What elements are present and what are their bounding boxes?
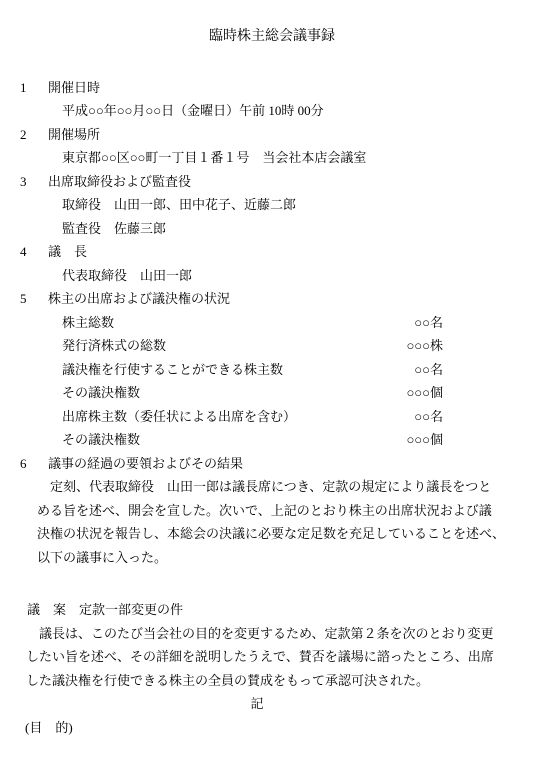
section-number: 2	[20, 123, 48, 147]
stat-row: 発行済株式の総数○○○株	[62, 334, 443, 358]
stat-value: ○○○個	[406, 428, 443, 452]
stat-label: その議決権数	[62, 428, 140, 452]
stat-row: 株主総数○○名	[62, 311, 443, 335]
stat-value: ○○名	[414, 311, 443, 335]
stat-label: 発行済株式の総数	[62, 334, 166, 358]
stat-value: ○○名	[414, 405, 443, 429]
agenda-paragraph-line: した議決権を行使できる株主の全員の賛成をもって承認可決された。	[26, 669, 544, 693]
stat-label: 出席株主数（委任状による出席を含む）	[62, 405, 296, 429]
record-mark: 記	[0, 692, 544, 716]
section-number: 1	[20, 76, 48, 100]
document-title: 臨時株主総会議事録	[0, 25, 544, 49]
stat-row: その議決権数○○○個	[62, 381, 443, 405]
proceedings-paragraph-line: 以下の議事に入った。	[37, 546, 544, 570]
section-3-detail-line: 監査役 佐藤三郎	[0, 217, 544, 241]
section-heading: 議 長	[48, 244, 87, 259]
section-heading: 株主の出席および議決権の状況	[48, 291, 230, 306]
section-2-heading-row: 2開催場所	[0, 123, 544, 147]
section-heading: 開催日時	[48, 80, 100, 95]
purpose-label: (目 的)	[25, 716, 544, 740]
stat-label: 株主総数	[62, 311, 114, 335]
stat-row: その議決権数○○○個	[62, 428, 443, 452]
section-3-heading-row: 3出席取締役および監査役	[0, 170, 544, 194]
section-heading: 開催場所	[48, 127, 100, 142]
stat-row: 出席株主数（委任状による出席を含む）○○名	[62, 405, 443, 429]
section-number: 5	[20, 287, 48, 311]
agenda-paragraph-line: したい旨を述べ、その詳細を説明したうえで、賛否を議場に諮ったところ、出席	[26, 645, 544, 669]
section-5-heading-row: 5株主の出席および議決権の状況	[0, 287, 544, 311]
proceedings-paragraph-line: 定刻、代表取締役 山田一郎は議長席につき、定款の規定により議長をつと	[37, 475, 544, 499]
stat-value: ○○○株	[406, 334, 443, 358]
section-3-detail-line: 取締役 山田一郎、田中花子、近藤二郎	[0, 193, 544, 217]
section-number: 4	[20, 240, 48, 264]
section-number: 3	[20, 170, 48, 194]
section-4-detail-line: 代表取締役 山田一郎	[0, 264, 544, 288]
proceedings-paragraph-line: 決権の状況を報告し、本総会の決議に必要な定足数を充足していることを述べ、	[37, 522, 544, 546]
stat-row: 議決権を行使することができる株主数○○名	[62, 358, 443, 382]
stat-value: ○○○個	[406, 381, 443, 405]
section-1-detail-line: 平成○○年○○月○○日（金曜日）午前 10時 00分	[0, 99, 544, 123]
section-heading: 議事の経過の要領およびその結果	[48, 456, 243, 471]
section-4-heading-row: 4議 長	[0, 240, 544, 264]
section-6-heading-row: 6議事の経過の要領およびその結果	[0, 452, 544, 476]
section-number: 6	[20, 452, 48, 476]
section-heading: 出席取締役および監査役	[48, 174, 191, 189]
agenda-heading: 議 案 定款一部変更の件	[27, 598, 544, 622]
proceedings-paragraph-line: める旨を述べ、開会を宣した。次いで、上記のとおり株主の出席状況および議	[37, 499, 544, 523]
stat-value: ○○名	[414, 358, 443, 382]
document-page: 臨時株主総会議事録 1開催日時 平成○○年○○月○○日（金曜日）午前 10時 0…	[0, 0, 544, 765]
stat-label: 議決権を行使することができる株主数	[62, 358, 283, 382]
section-1-heading-row: 1開催日時	[0, 76, 544, 100]
agenda-paragraph-line: 議長は、このたび当会社の目的を変更するため、定款第２条を次のとおり変更	[26, 622, 544, 646]
stat-label: その議決権数	[62, 381, 140, 405]
section-2-detail-line: 東京都○○区○○町一丁目１番１号 当会社本店会議室	[0, 146, 544, 170]
